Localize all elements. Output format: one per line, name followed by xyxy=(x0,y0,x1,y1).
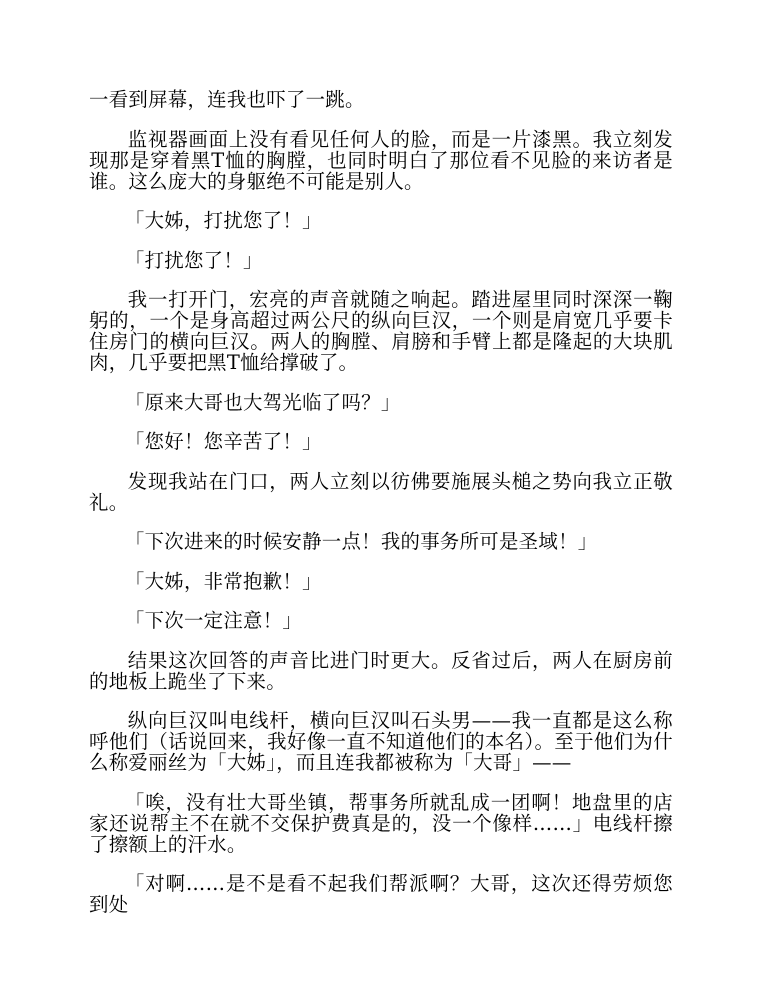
dialogue-line: 「大姊，非常抱歉！」 xyxy=(89,571,673,592)
dialogue-line: 「唉，没有壮大哥坐镇，帮事务所就乱成一团啊！地盘里的店家还说帮主不在就不交保护费… xyxy=(89,792,673,855)
dialogue-line: 「打扰您了！」 xyxy=(89,250,673,271)
dialogue-line: 「下次一定注意！」 xyxy=(89,610,673,631)
dialogue-line: 「您好！您辛苦了！」 xyxy=(89,431,673,452)
document-page: 一看到屏幕，连我也吓了一跳。 监视器画面上没有看见任何人的脸，而是一片漆黑。我立… xyxy=(89,89,673,934)
dialogue-line: 「大姊，打扰您了！」 xyxy=(89,210,673,231)
paragraph: 监视器画面上没有看见任何人的脸，而是一片漆黑。我立刻发现那是穿着黑T恤的胸膛，也… xyxy=(89,129,673,192)
dialogue-line: 「对啊……是不是看不起我们帮派啊？大哥，这次还得劳烦您到处 xyxy=(89,873,673,915)
dialogue-line: 「下次进来的时候安静一点！我的事务所可是圣域！」 xyxy=(89,531,673,552)
paragraph: 发现我站在门口，两人立刻以彷佛要施展头槌之势向我立正敬礼。 xyxy=(89,471,673,513)
dialogue-line: 「原来大哥也大驾光临了吗？」 xyxy=(89,392,673,413)
paragraph: 一看到屏幕，连我也吓了一跳。 xyxy=(89,89,673,110)
paragraph: 结果这次回答的声音比进门时更大。反省过后，两人在厨房前的地板上跪坐了下来。 xyxy=(89,650,673,692)
paragraph: 纵向巨汉叫电线杆，横向巨汉叫石头男——我一直都是这么称呼他们（话说回来，我好像一… xyxy=(89,710,673,773)
paragraph: 我一打开门，宏亮的声音就随之响起。踏进屋里同时深深一鞠躬的，一个是身高超过两公尺… xyxy=(89,289,673,373)
